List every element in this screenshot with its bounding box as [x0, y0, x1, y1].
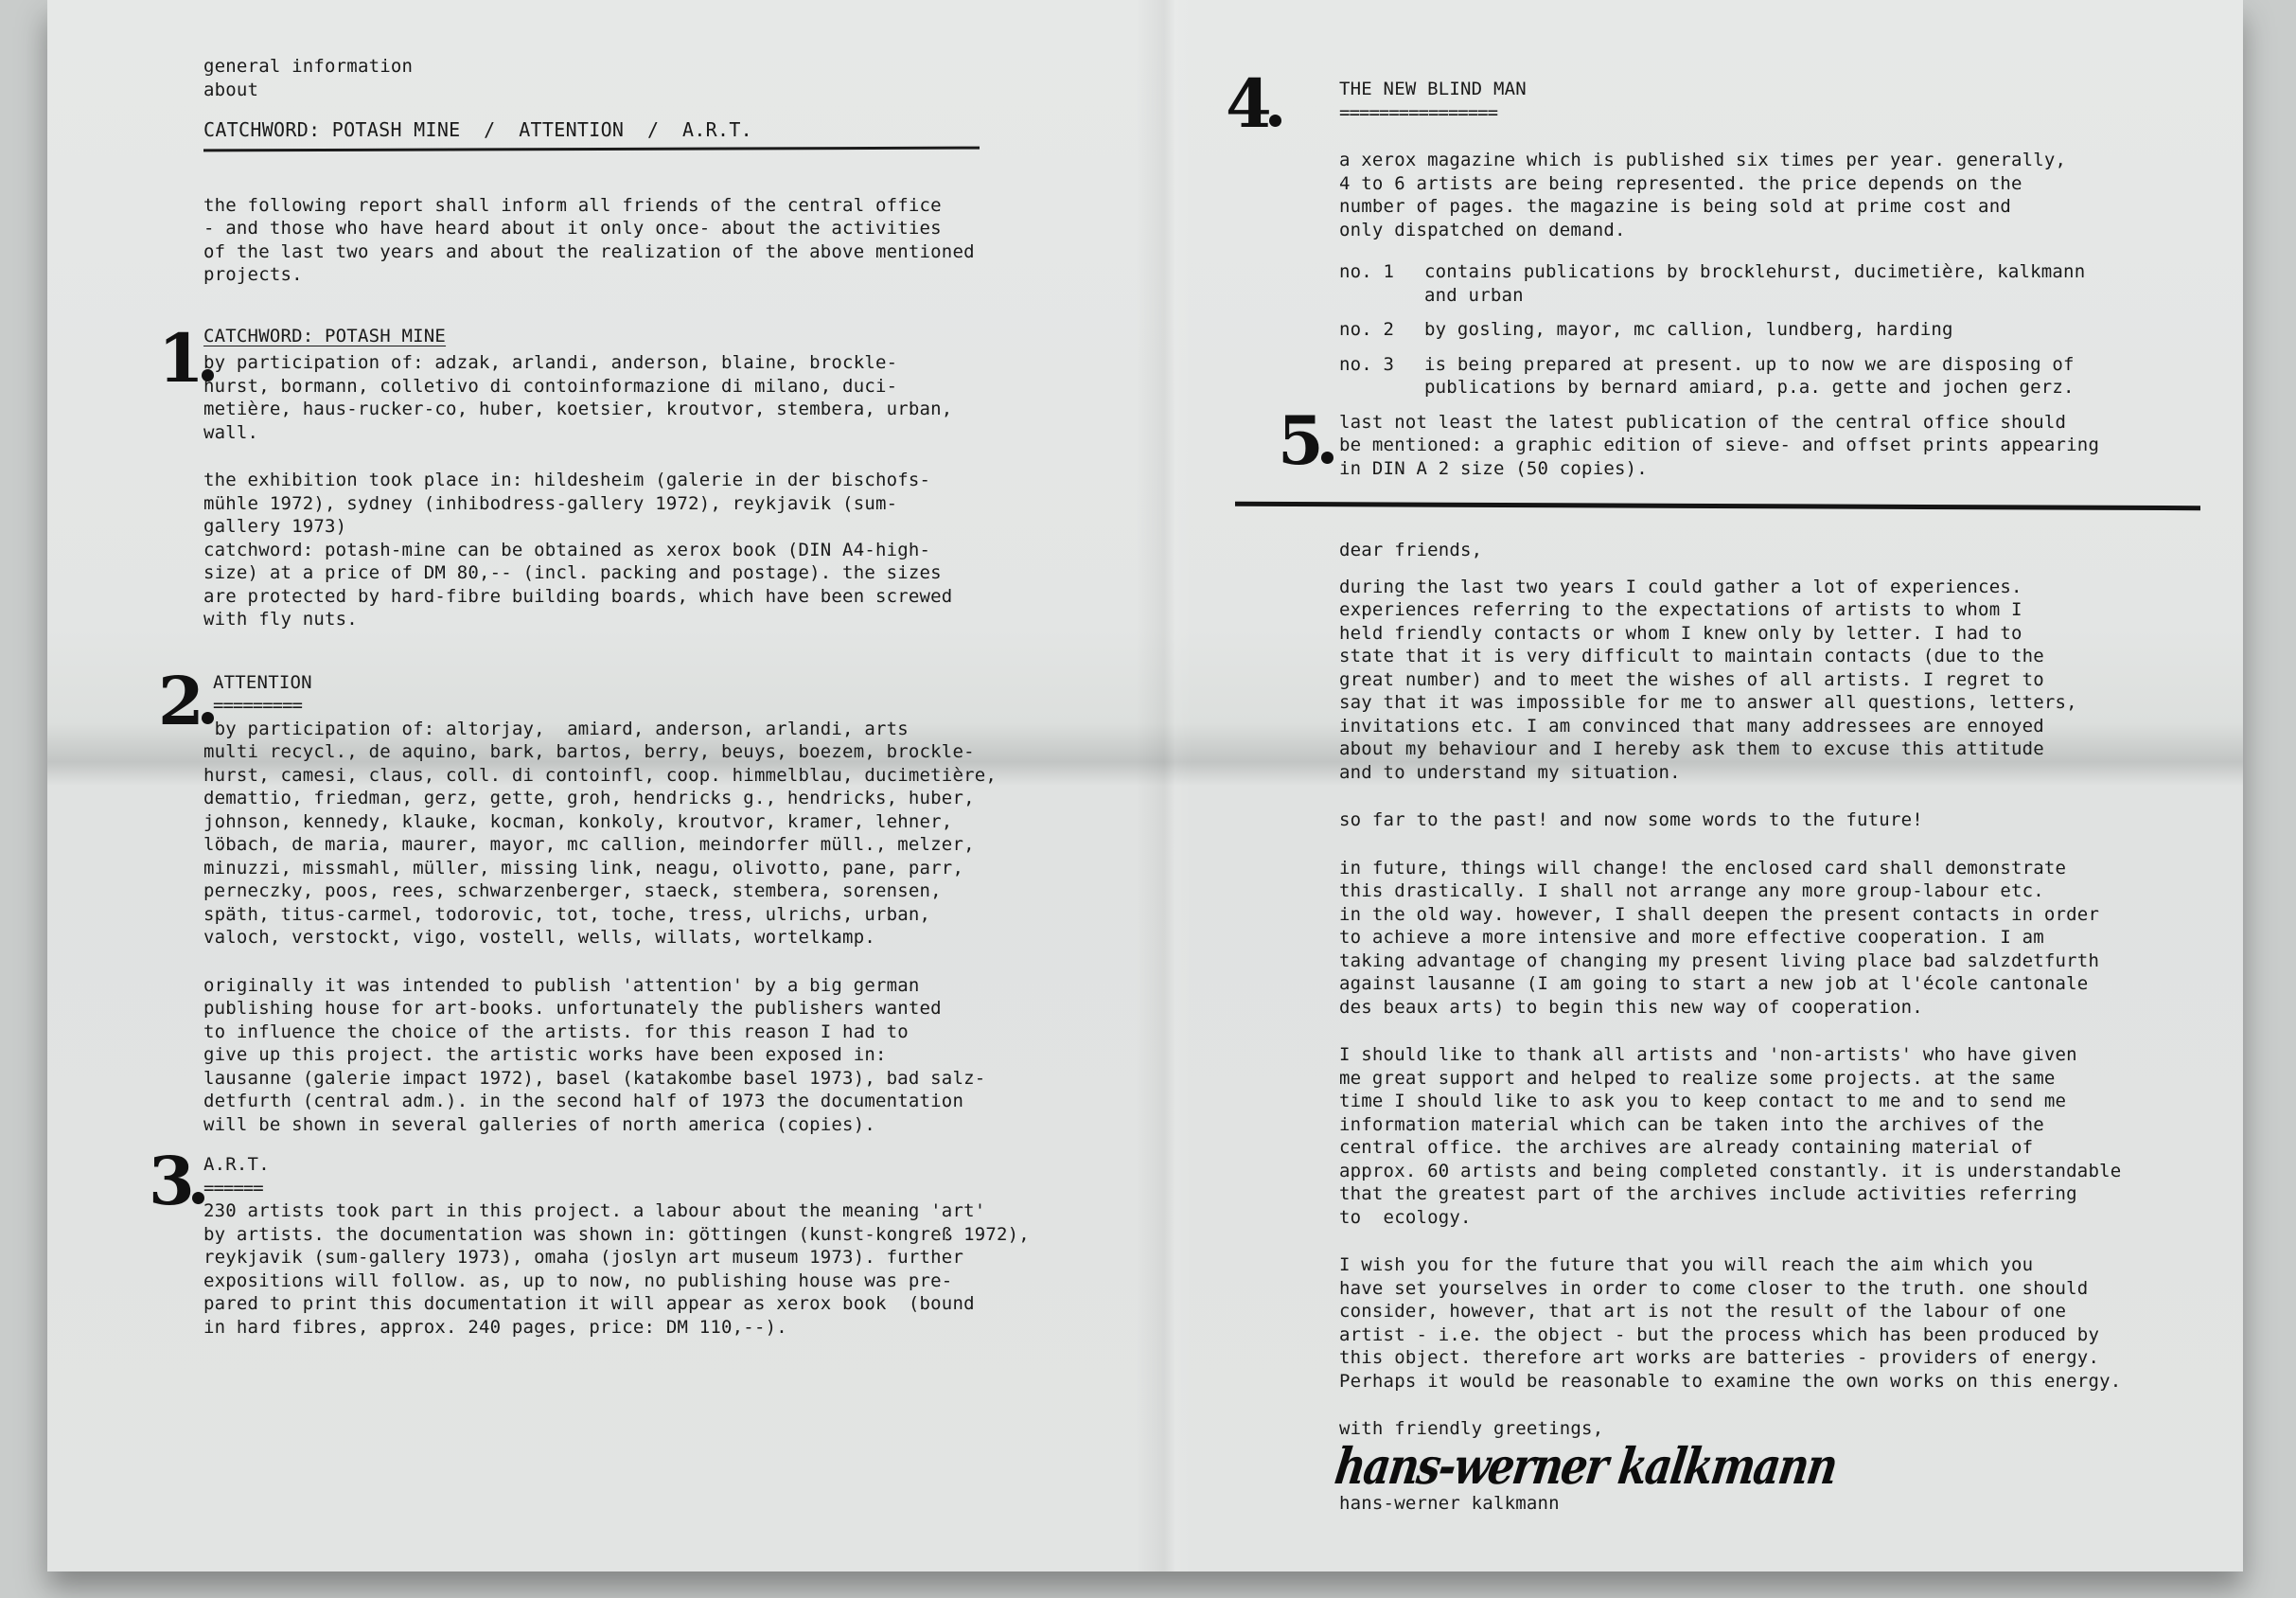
section-number-1: 1	[158, 330, 214, 387]
text-line: metière, haus-rucker-co, huber, koetsier…	[203, 398, 1131, 421]
text-line: taking advantage of changing my present …	[1339, 950, 2196, 973]
text-line: during the last two years I could gather…	[1339, 576, 2196, 599]
text-line: pared to print this documentation it wil…	[203, 1292, 1131, 1316]
issue-3: no. 3 is being prepared at present. up t…	[1339, 353, 2196, 399]
text-line: expositions will follow. as, up to now, …	[203, 1270, 1131, 1293]
section-title: CATCHWORD: POTASH MINE	[203, 325, 1131, 348]
text-line: only dispatched on demand.	[1339, 219, 2196, 242]
text-line: contains publications by brocklehurst, d…	[1424, 260, 2085, 284]
text-line: information material which can be taken …	[1339, 1113, 2196, 1137]
text-line: wall.	[203, 421, 1131, 445]
letter-paragraph-4: I should like to thank all artists and '…	[1339, 1043, 2196, 1229]
section-potash-mine: 1 CATCHWORD: POTASH MINE by participatio…	[203, 325, 1131, 631]
section-attention: 2 ATTENTION ========= by participation o…	[203, 671, 1131, 1137]
text-line: späth, titus-carmel, todorovic, tot, toc…	[203, 903, 1131, 927]
issue-label: no. 2	[1339, 318, 1424, 342]
text-line: great number) and to meet the wishes of …	[1339, 668, 2196, 692]
text-line: are protected by hard-fibre building boa…	[203, 585, 1131, 609]
letter-paragraph-5: I wish you for the future that you will …	[1339, 1253, 2196, 1393]
text-line: mühle 1972), sydney (inhibodress-gallery…	[203, 492, 1131, 516]
text-line: central office. the archives are already…	[1339, 1136, 2196, 1160]
text-line: to ecology.	[1339, 1206, 2196, 1230]
text-line: this object. therefore art works are bat…	[1339, 1346, 2196, 1370]
text-line: me great support and helped to realize s…	[1339, 1067, 2196, 1091]
letter-paragraph-3: in future, things will change! the enclo…	[1339, 857, 2196, 1020]
text-line: demattio, friedman, gerz, gette, groh, h…	[203, 787, 1131, 810]
text-line: by participation of: adzak, arlandi, and…	[203, 351, 1131, 375]
text-line: is being prepared at present. up to now …	[1424, 353, 2075, 377]
text-line: originally it was intended to publish 'a…	[203, 974, 1131, 998]
text-line: des beaux arts) to begin this new way of…	[1339, 996, 2196, 1020]
text-line: by gosling, mayor, mc callion, lundberg,…	[1424, 318, 1953, 342]
section-new-blind-man: 4 THE NEW BLIND MAN ================ a x…	[1287, 78, 2196, 399]
text-line: say that it was impossible for me to ans…	[1339, 691, 2196, 715]
text-line: 4 to 6 artists are being represented. th…	[1339, 172, 2196, 196]
text-line: by participation of: altorjay, amiard, a…	[203, 718, 1131, 741]
text-line: time I should like to ask you to keep co…	[1339, 1090, 2196, 1113]
text-line: löbach, de maria, maurer, mayor, mc call…	[203, 833, 1131, 857]
text-line: and to understand my situation.	[1339, 761, 2196, 785]
text-line: 230 artists took part in this project. a…	[203, 1199, 1131, 1223]
intro-heading-line-2: about	[203, 79, 1131, 102]
issue-label: no. 1	[1339, 260, 1424, 307]
text-line: that the greatest part of the archives i…	[1339, 1182, 2196, 1206]
text-line: to influence the choice of the artists. …	[203, 1021, 1131, 1044]
text-line: invitations etc. I am convinced that man…	[1339, 715, 2196, 738]
text-line: hurst, camesi, claus, coll. di contoinfl…	[203, 764, 1131, 788]
text-line: perneczky, poos, rees, schwarzenberger, …	[203, 879, 1131, 903]
text-line: against lausanne (I am going to start a …	[1339, 972, 2196, 996]
section-graphic-edition: 5 last not least the latest publication …	[1287, 411, 2196, 481]
left-page: general information about CATCHWORD: POT…	[203, 55, 1131, 1339]
salutation: dear friends,	[1339, 539, 2196, 562]
section-number-4: 4	[1226, 76, 1281, 133]
text-line: lausanne (galerie impact 1972), basel (k…	[203, 1067, 1131, 1091]
text-line: detfurth (central adm.). in the second h…	[203, 1090, 1131, 1113]
text-line: size) at a price of DM 80,-- (incl. pack…	[203, 561, 1131, 585]
letter-paragraph-2: so far to the past! and now some words t…	[1339, 808, 2196, 832]
section-title-underline: =========	[203, 694, 1131, 718]
text-line: in DIN A 2 size (50 copies).	[1339, 457, 2196, 481]
text-line: publications by bernard amiard, p.a. get…	[1424, 376, 2075, 399]
text-line: the exhibition took place in: hildesheim…	[203, 469, 1131, 492]
section-title-underline: ======	[203, 1177, 1131, 1200]
text-line: consider, however, that art is not the r…	[1339, 1300, 2196, 1323]
text-line: give up this project. the artistic works…	[203, 1043, 1131, 1067]
text-line: held friendly contacts or whom I knew on…	[1339, 622, 2196, 646]
section-art: 3 A.R.T. ====== 230 artists took part in…	[203, 1153, 1131, 1339]
text-line: I wish you for the future that you will …	[1339, 1253, 2196, 1277]
section-number-5: 5	[1278, 413, 1333, 470]
text-line: artist - i.e. the object - but the proce…	[1339, 1323, 2196, 1347]
text-line: hurst, bormann, colletivo di contoinform…	[203, 375, 1131, 399]
text-line: I should like to thank all artists and '…	[1339, 1043, 2196, 1067]
intro-paragraph: the following report shall inform all fr…	[203, 194, 1131, 287]
text-line: minuzzi, missmahl, müller, missing link,…	[203, 857, 1131, 880]
letter: dear friends, during the last two years …	[1287, 539, 2196, 1515]
text-line: johnson, kennedy, klauke, kocman, konkol…	[203, 810, 1131, 834]
text-line: in the old way. however, I shall deepen …	[1339, 903, 2196, 927]
text-line: be mentioned: a graphic edition of sieve…	[1339, 434, 2196, 457]
text-line: multi recycl., de aquino, bark, bartos, …	[203, 740, 1131, 764]
text-line: by artists. the documentation was shown …	[203, 1223, 1131, 1247]
section-title: A.R.T.	[203, 1153, 1131, 1177]
text-line: with fly nuts.	[203, 608, 1131, 631]
text-line: catchword: potash-mine can be obtained a…	[203, 539, 1131, 562]
text-line: in hard fibres, approx. 240 pages, price…	[203, 1316, 1131, 1340]
text-line: have set yourselves in order to come clo…	[1339, 1277, 2196, 1301]
text-line: a xerox magazine which is published six …	[1339, 149, 2196, 172]
text-line: gallery 1973)	[203, 515, 1131, 539]
text-line: state that it is very difficult to maint…	[1339, 645, 2196, 668]
text-line: in future, things will change! the enclo…	[1339, 857, 2196, 880]
catchword-line: CATCHWORD: POTASH MINE / ATTENTION / A.R…	[203, 118, 1131, 142]
text-line: this drastically. I shall not arrange an…	[1339, 879, 2196, 903]
text-line: number of pages. the magazine is being s…	[1339, 195, 2196, 219]
letter-paragraph-1: during the last two years I could gather…	[1339, 576, 2196, 785]
section-title: THE NEW BLIND MAN	[1287, 78, 2196, 101]
text-line: and urban	[1424, 284, 2085, 308]
text-line: Perhaps it would be reasonable to examin…	[1339, 1370, 2196, 1394]
handwritten-signature: hans-werner kalkmann	[1332, 1440, 2199, 1495]
text-line: valoch, verstockt, vigo, vostell, wells,…	[203, 926, 1131, 950]
text-line: reykjavik (sum-gallery 1973), omaha (jos…	[203, 1246, 1131, 1270]
text-line: experiences referring to the expectation…	[1339, 598, 2196, 622]
section-number-2: 2	[158, 673, 214, 730]
issue-label: no. 3	[1339, 353, 1424, 399]
section-title-underline: ================	[1287, 101, 2196, 125]
section-number-3: 3	[149, 1153, 204, 1210]
text-line: the following report shall inform all fr…	[203, 194, 1131, 218]
text-line: publishing house for art-books. unfortun…	[203, 997, 1131, 1021]
text-line: last not least the latest publication of…	[1339, 411, 2196, 435]
text-line: will be shown in several galleries of no…	[203, 1113, 1131, 1137]
intro-heading-line-1: general information	[203, 55, 1131, 79]
issue-1: no. 1 contains publications by brocklehu…	[1339, 260, 2196, 307]
issue-2: no. 2 by gosling, mayor, mc callion, lun…	[1339, 318, 2196, 342]
section-title: ATTENTION	[203, 671, 1131, 695]
text-line: about my behaviour and I hereby ask them…	[1339, 737, 2196, 761]
text-line: - and those who have heard about it only…	[203, 217, 1131, 240]
text-line: to achieve a more intensive and more eff…	[1339, 926, 2196, 950]
text-line: of the last two years and about the real…	[203, 240, 1131, 264]
text-line: approx. 60 artists and being completed c…	[1339, 1160, 2196, 1183]
right-page: 4 THE NEW BLIND MAN ================ a x…	[1287, 78, 2196, 1515]
text-line: projects.	[203, 263, 1131, 287]
